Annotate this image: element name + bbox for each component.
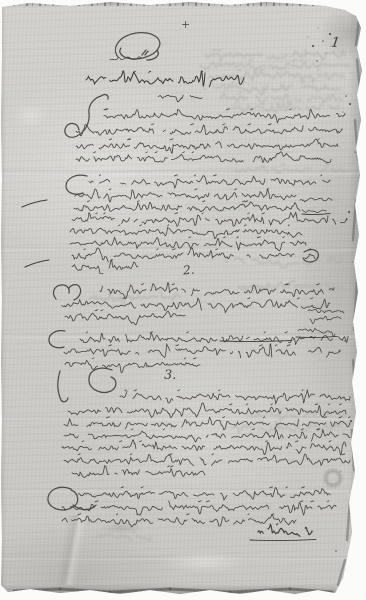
cross-mark: + [181, 19, 190, 30]
paper-top-torn-edge [0, 0, 366, 6]
section-number-3: 3. [164, 369, 176, 382]
manuscript-photo: + 1 2. 3. [0, 0, 366, 600]
paper-edge-shading [0, 0, 366, 600]
page-number: 1 [330, 36, 341, 51]
manuscript-page: + 1 2. 3. [0, 0, 366, 600]
section-number-2: 2. [182, 264, 194, 277]
